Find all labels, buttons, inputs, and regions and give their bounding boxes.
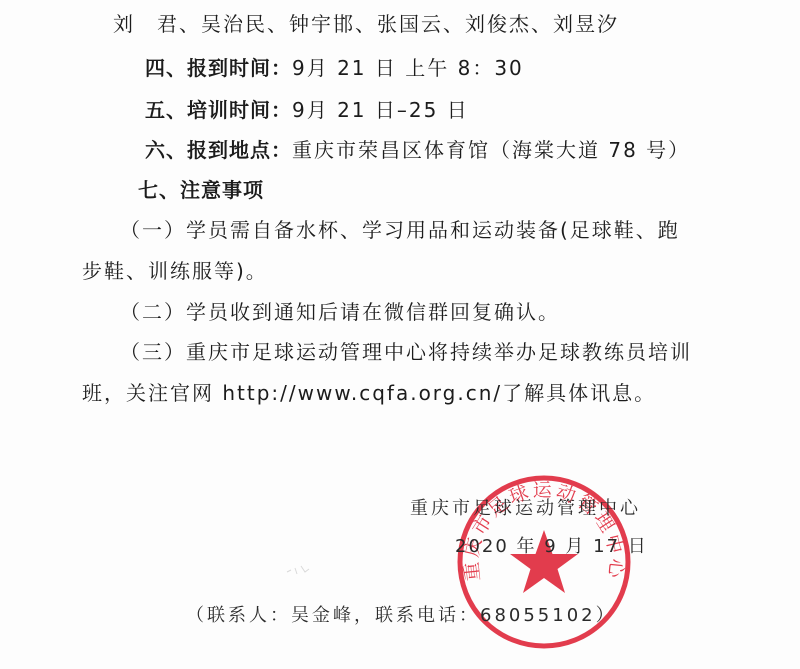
section-heading: 四、报到时间： [145,56,292,80]
section-heading: 五、培训时间： [145,98,292,122]
scan-artifact [285,560,315,580]
section-value: 9月 21 日 上午 8：30 [292,56,524,80]
note-3-line-1: （三）重庆市足球运动管理中心将持续举办足球教练员培训 [120,340,692,364]
section-value: 9月 21 日–25 日 [292,98,469,122]
section-training-time: 五、培训时间：9月 21 日–25 日 [145,98,469,122]
section-notes-heading: 七、注意事项 [138,178,264,202]
section-registration-location: 六、报到地点：重庆市荣昌区体育馆（海棠大道 78 号） [145,138,690,162]
seal-text: 重庆市足球运动管理中心 [460,479,627,582]
section-heading: 七、注意事项 [138,178,264,202]
section-registration-time: 四、报到时间：9月 21 日 上午 8：30 [145,56,524,80]
section-heading: 六、报到地点： [145,138,292,162]
signature-date: 2020 年 9 月 17 日 [455,535,648,559]
note-1-line-2: 步鞋、训练服等)。 [82,259,268,283]
contact-info: （联系人：吴金峰，联系电话：68055102） [186,604,617,628]
participant-names-line: 刘 君、吴治民、钟宇邯、张国云、刘俊杰、刘昱汐 [113,12,619,36]
note-2-line-1: （二）学员收到通知后请在微信群回复确认。 [120,300,560,324]
document-page: 刘 君、吴治民、钟宇邯、张国云、刘俊杰、刘昱汐 四、报到时间：9月 21 日 上… [0,0,800,669]
note-3-line-2: 班，关注官网 http://www.cqfa.org.cn/了解具体讯息。 [82,381,656,405]
section-value: 重庆市荣昌区体育馆（海棠大道 78 号） [292,138,690,162]
signature-organization: 重庆市足球运动管理中心 [410,497,641,521]
note-1-line-1: （一）学员需自备水杯、学习用品和运动装备(足球鞋、跑 [120,218,680,242]
